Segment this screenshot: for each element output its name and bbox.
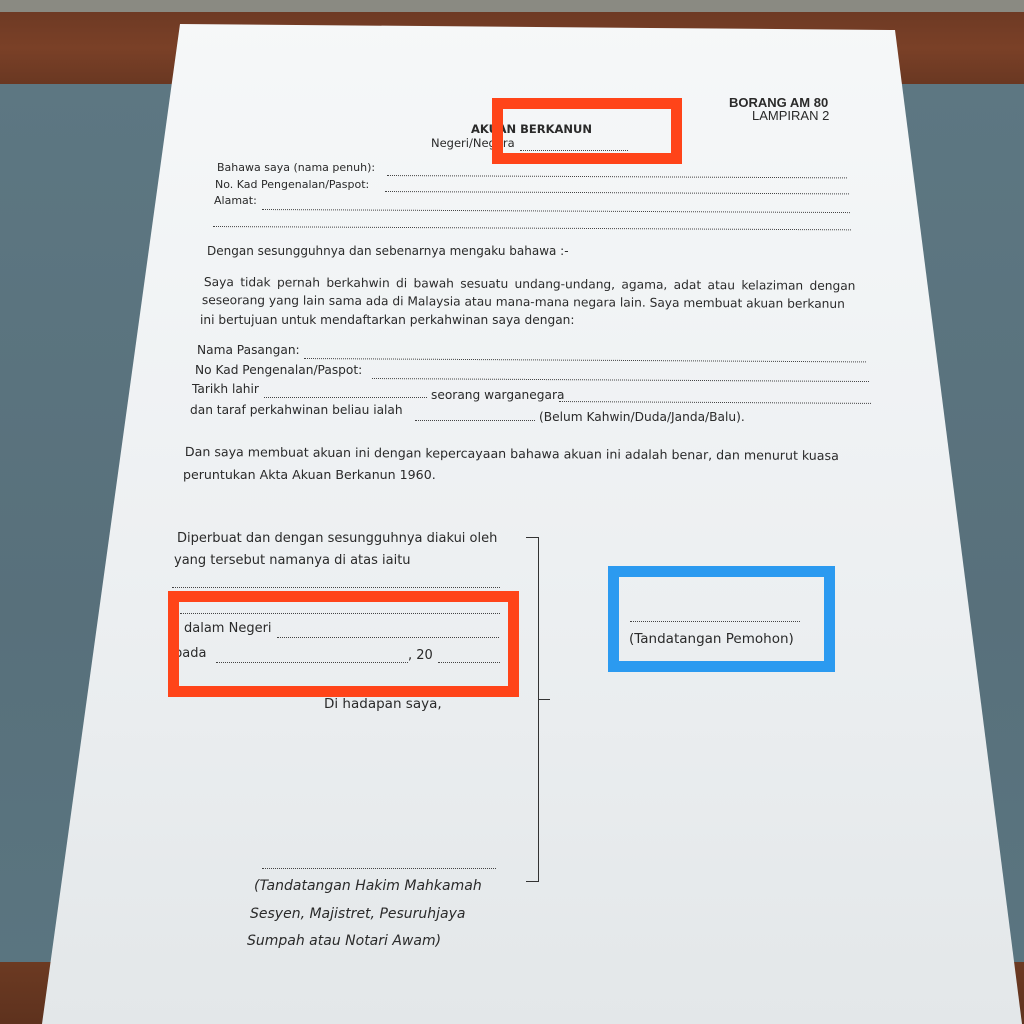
spouse-dob-field[interactable] bbox=[264, 397, 427, 398]
blue-highlight-box-applicant-signature bbox=[608, 566, 835, 672]
address-field-line-2[interactable] bbox=[213, 226, 851, 230]
para1-line2: seseorang yang lain sama ada di Malaysia… bbox=[202, 293, 845, 311]
before-me-label: Di hadapan saya, bbox=[324, 696, 442, 712]
full-name-label: Bahawa saya (nama penuh): bbox=[217, 161, 375, 174]
address-label: Alamat: bbox=[214, 194, 257, 207]
spouse-citizen-field[interactable] bbox=[559, 401, 871, 404]
closing-line2: peruntukan Akta Akuan Berkanun 1960. bbox=[183, 467, 436, 482]
attestation-bracket bbox=[526, 537, 539, 882]
red-highlight-box-title bbox=[492, 98, 682, 164]
officer-signature-field[interactable] bbox=[262, 868, 496, 869]
spouse-dob-label: Tarikh lahir bbox=[192, 382, 259, 396]
spouse-status-field[interactable] bbox=[415, 420, 535, 421]
address-field-line-1[interactable] bbox=[262, 209, 850, 213]
red-highlight-box-attestation bbox=[168, 591, 519, 697]
spouse-name-label: Nama Pasangan: bbox=[197, 343, 300, 357]
officer-signature-line2: Sesyen, Majistret, Pesuruhjaya bbox=[250, 906, 466, 922]
spouse-id-label: No Kad Pengenalan/Paspot: bbox=[195, 363, 362, 377]
para1-line3: ini bertujuan untuk mendaftarkan perkahw… bbox=[200, 313, 575, 327]
attestation-name-field[interactable] bbox=[172, 587, 500, 588]
id-label: No. Kad Pengenalan/Paspot: bbox=[215, 178, 369, 191]
form-appendix: LAMPIRAN 2 bbox=[752, 108, 829, 123]
spouse-name-field[interactable] bbox=[304, 358, 866, 362]
attestation-line1: Diperbuat dan dengan sesungguhnya diakui… bbox=[177, 531, 497, 546]
para1-line1: Saya tidak pernah berkahwin di bawah ses… bbox=[204, 275, 856, 293]
id-field[interactable] bbox=[385, 191, 849, 194]
closing-line1: Dan saya membuat akuan ini dengan keperc… bbox=[185, 444, 839, 463]
bracket-tip bbox=[538, 699, 550, 700]
spouse-citizen-label: seorang warganegara bbox=[431, 388, 564, 402]
attestation-line2: yang tersebut namanya di atas iaitu bbox=[174, 553, 411, 568]
spouse-status-label: dan taraf perkahwinan beliau ialah bbox=[190, 403, 403, 417]
spouse-id-field[interactable] bbox=[372, 378, 869, 382]
spouse-status-options: (Belum Kahwin/Duda/Janda/Balu). bbox=[539, 410, 745, 424]
full-name-field[interactable] bbox=[387, 175, 847, 178]
officer-signature-line1: (Tandatangan Hakim Mahkamah bbox=[254, 878, 482, 894]
intro-text: Dengan sesungguhnya dan sebenarnya menga… bbox=[207, 244, 569, 258]
officer-signature-line3: Sumpah atau Notari Awam) bbox=[247, 933, 441, 949]
